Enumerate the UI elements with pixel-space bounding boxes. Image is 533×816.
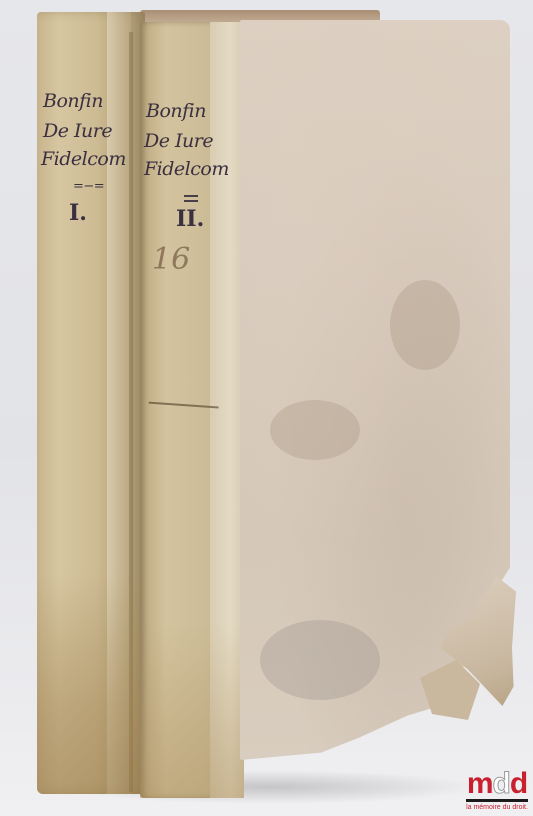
spine-author: Bonfin (43, 88, 103, 114)
spine-soiling (37, 572, 145, 794)
spine-ornament-stroke (184, 195, 198, 197)
logo-tagline: la mémoire du droit. (462, 804, 532, 811)
volume-2-spine: Bonfin De Iure Fidelcom II. 16 (140, 22, 244, 798)
spine-ornament-stroke (184, 200, 198, 202)
spine-title-line-2: Fidelcom (144, 156, 229, 182)
logo-mark: mdd (462, 770, 532, 798)
cover-stain (390, 280, 460, 370)
volume-number: II. (176, 206, 204, 232)
spine-author: Bonfin (146, 98, 206, 124)
ink-annotation: 16 (152, 242, 190, 277)
volume-1-spine: Bonfin De Iure Fidelcom =−= I. (37, 12, 145, 794)
photo-scene: Bonfin De Iure Fidelcom =−= I. Bonfin De… (0, 0, 533, 816)
spine-tear (147, 402, 218, 427)
mdd-logo: mdd la mémoire du droit. (462, 770, 532, 814)
cover-stain (270, 400, 360, 460)
spine-ornament: =−= (73, 174, 104, 200)
volume-number: I. (69, 200, 87, 226)
spine-title-line-1: De Iure (43, 118, 112, 144)
spine-title-line-1: De Iure (144, 128, 213, 154)
spine-title-line-2: Fidelcom (41, 146, 126, 172)
cover-stain (260, 620, 380, 700)
spine-soiling (140, 622, 244, 798)
